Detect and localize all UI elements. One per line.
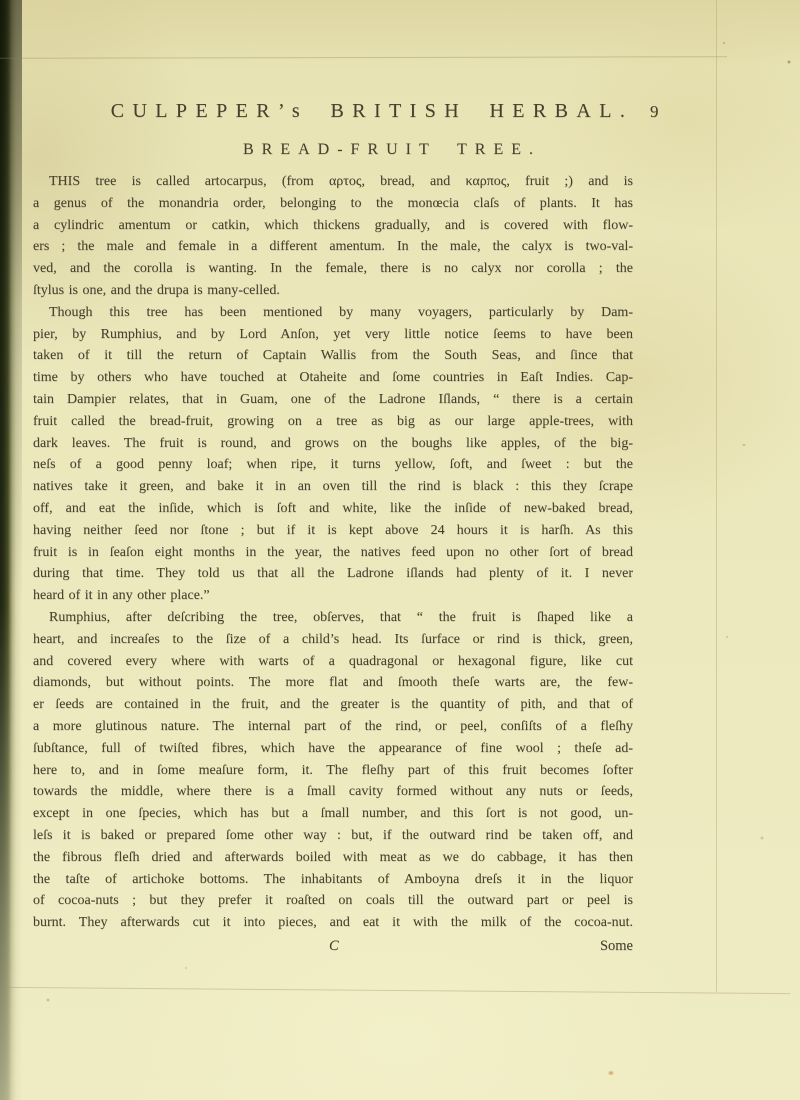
text-line: during that time. They told us that all … (33, 563, 633, 585)
book-binding-edge (0, 0, 22, 1100)
text-line: pier, by Rumphius, and by Lord Anſon, ye… (33, 324, 633, 346)
page-crease-top (0, 56, 727, 59)
text-line: ved, and the corolla is wanting. In the … (33, 258, 633, 280)
text-line: off, and eat the inſide, which is ſoft a… (33, 498, 633, 520)
signature-mark: C (329, 938, 339, 955)
page-footer: C Some (33, 938, 633, 960)
page-edge-line (716, 0, 717, 992)
page-number: 9 (650, 102, 659, 122)
text-line: dark leaves. The fruit is round, and gro… (33, 433, 633, 455)
text-line: ers ; the male and female in a different… (33, 236, 633, 258)
text-line: a more glutinous nature. The internal pa… (33, 716, 633, 738)
text-line: heard of it in any other place.” (33, 585, 633, 607)
text-line: er ſeeds are contained in the fruit, and… (33, 694, 633, 716)
text-line: of cocoa-nuts ; but they prefer it roaſt… (33, 890, 633, 912)
text-line: diamonds, but without points. The more f… (33, 672, 633, 694)
text-line: having neither ſeed nor ſtone ; but if i… (33, 520, 633, 542)
text-line: Rumphius, after deſcribing the tree, obſ… (33, 607, 633, 629)
text-line: here to, and in ſome meaſure form, it. T… (33, 760, 633, 782)
text-line: a cylindric amentum or catkin, which thi… (33, 215, 633, 237)
text-line: and covered every where with warts of a … (33, 651, 633, 673)
section-heading: BREAD-FRUIT TREE. (243, 141, 541, 159)
text-line: the taſte of artichoke bottoms. The inha… (33, 869, 633, 891)
text-line: time by others who have touched at Otahe… (33, 367, 633, 389)
text-line: tain Dampier relates, that in Guam, one … (33, 389, 633, 411)
text-line: the fibrous fleſh dried and afterwards b… (33, 847, 633, 869)
text-line: heart, and increaſes to the ſize of a ch… (33, 629, 633, 651)
text-line: fruit called the bread-fruit, growing on… (33, 411, 633, 433)
text-line: leſs it is baked or prepared ſome other … (33, 825, 633, 847)
text-line: ſtylus is one, and the drupa is many-cel… (33, 280, 633, 302)
body-text: THIS tree is called artocarpus, (from αρ… (33, 171, 633, 934)
book-page-scan: CULPEPER’s BRITISH HERBAL. 9 BREAD-FRUIT… (0, 0, 800, 1100)
text-line: fruit is in ſeaſon eight months in the y… (33, 542, 633, 564)
catchword: Some (600, 938, 633, 955)
text-line: burnt. They afterwards cut it into piece… (33, 912, 633, 934)
text-line: taken of it till the return of Captain W… (33, 345, 633, 367)
text-line: except in one ſpecies, which has but a ſ… (33, 803, 633, 825)
running-header-title: CULPEPER’s BRITISH HERBAL. (111, 100, 634, 123)
text-line: a genus of the monandria order, belongin… (33, 193, 633, 215)
text-line: towards the middle, where there is a ſma… (33, 781, 633, 803)
text-line: Though this tree has been mentioned by m… (33, 302, 633, 324)
text-line: neſs of a good penny loaf; when ripe, it… (33, 454, 633, 476)
page-crease-bottom (6, 987, 790, 994)
text-line: ſubſtance, full of twiſted fibres, which… (33, 738, 633, 760)
text-line: THIS tree is called artocarpus, (from αρ… (33, 171, 633, 193)
text-line: natives take it green, and bake it in an… (33, 476, 633, 498)
